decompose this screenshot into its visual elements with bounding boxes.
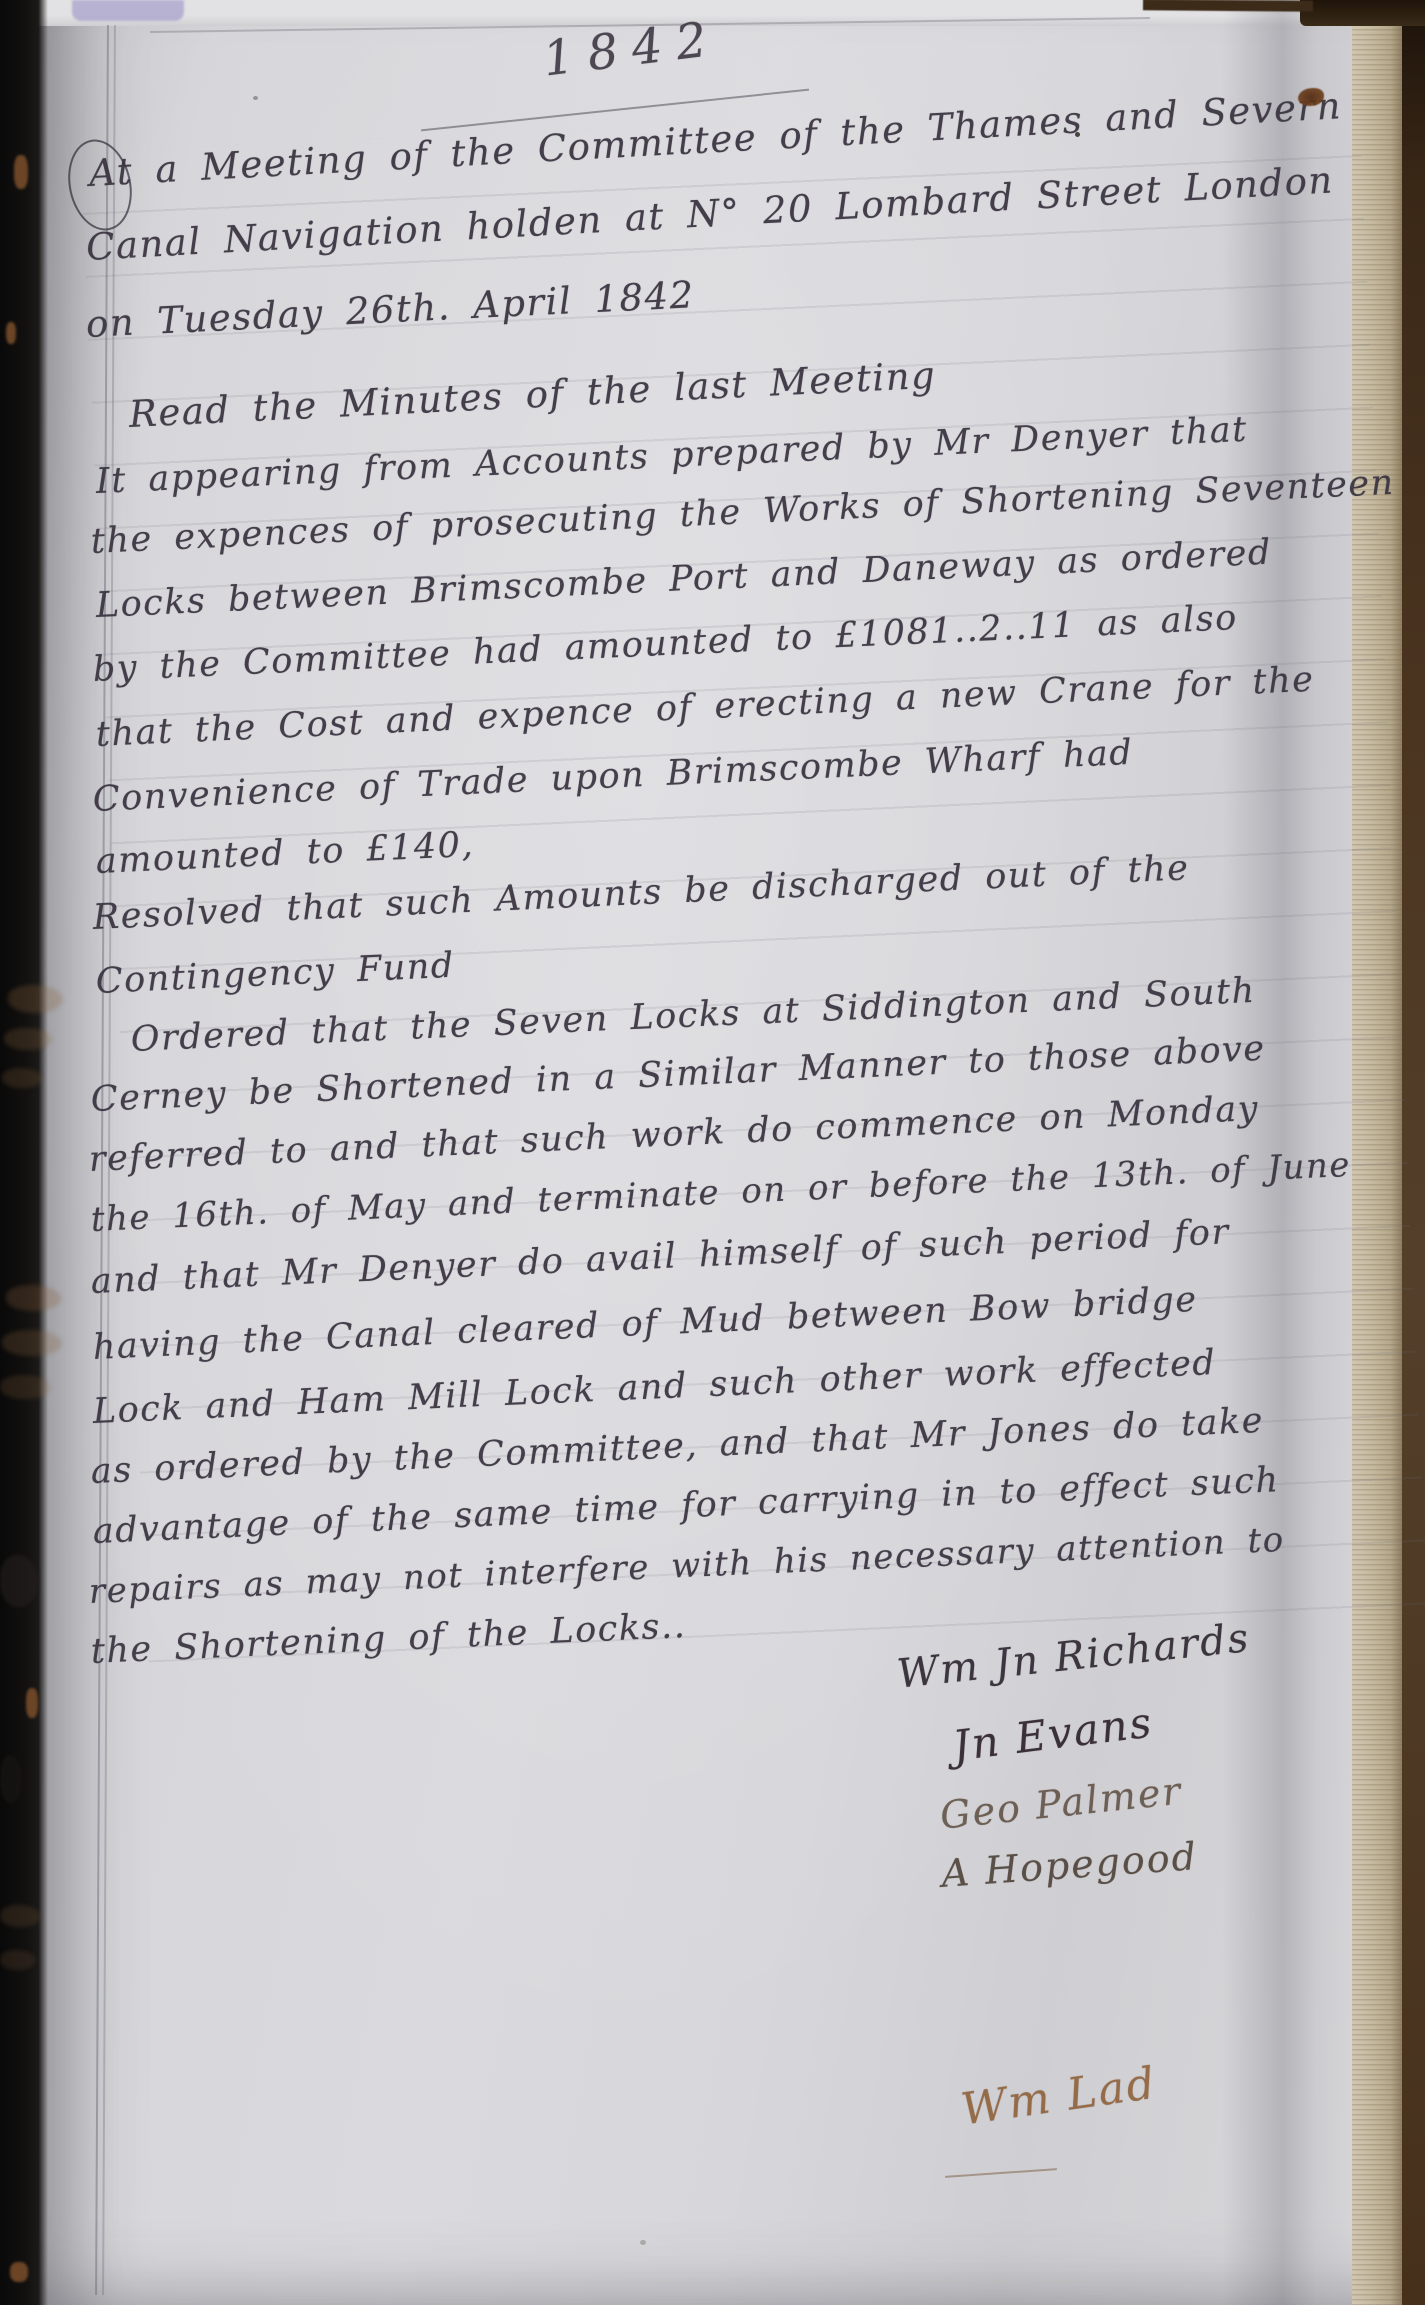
bleed-through-mark bbox=[0, 1905, 40, 1927]
bleed-through-mark bbox=[8, 985, 63, 1013]
bleed-through-mark bbox=[0, 1950, 35, 1970]
page-edge-shadow bbox=[1143, 0, 1313, 12]
bleed-through-mark bbox=[6, 1285, 61, 1311]
bookmark-ribbon-edge bbox=[72, 0, 184, 21]
bleed-through-mark-dark bbox=[0, 1555, 38, 1607]
bleed-through-mark bbox=[0, 1375, 50, 1399]
speck bbox=[640, 2240, 646, 2245]
binding-speck bbox=[10, 2262, 28, 2282]
cover-corner bbox=[1300, 0, 1425, 26]
bleed-through-mark bbox=[2, 1068, 42, 1088]
bleed-through-mark bbox=[2, 1330, 62, 1356]
speck bbox=[253, 96, 258, 100]
binding-speck bbox=[6, 322, 16, 344]
speck bbox=[1075, 132, 1080, 137]
binding-speck bbox=[26, 1688, 38, 1718]
binding-speck bbox=[14, 155, 28, 189]
manuscript-photo: 1842 At a Meeting of the Committee of th… bbox=[0, 0, 1425, 2305]
edge-mark-dark bbox=[0, 1755, 22, 1803]
bleed-through-mark bbox=[4, 1028, 52, 1050]
